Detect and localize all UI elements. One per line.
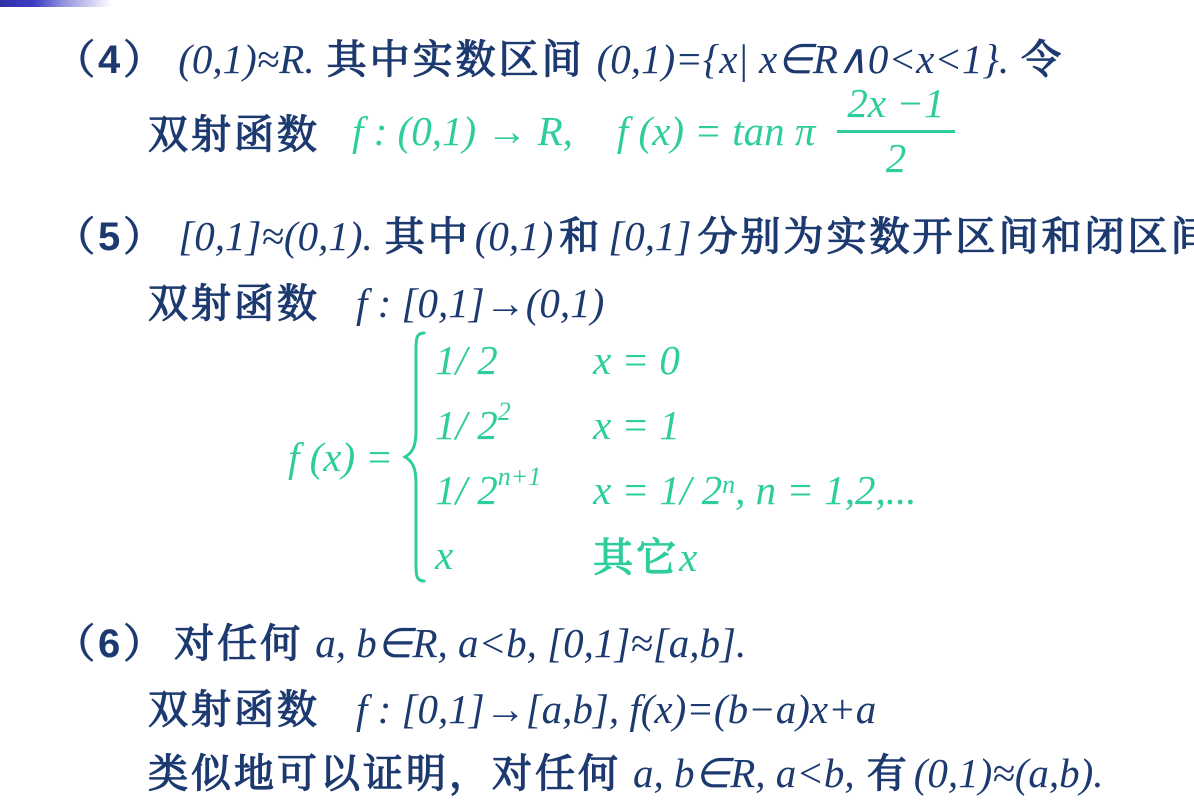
item-5-claim: [0,1]≈(0,1).: [178, 212, 372, 260]
item-6-map-formula: f : [0,1]→[a,b], f(x)=(b−a)x+a: [356, 685, 876, 733]
row-1-value: 1/ 2: [435, 336, 593, 384]
item-5-open-interval: (0,1): [475, 212, 554, 260]
item-5-map-formula: f : [0,1]→(0,1): [356, 279, 604, 327]
row-2-value: 1/ 22: [435, 401, 593, 449]
item-6-lead-text: 对任何: [174, 612, 303, 669]
item-4-claim: (0,1)≈R.: [178, 35, 314, 83]
item-5-statement-line: （5） [0,1]≈(0,1). 其中 (0,1) 和 [0,1] 分别为实数开…: [55, 205, 1194, 262]
piecewise-row-2: 1/ 22 x = 1: [435, 393, 916, 456]
item-4-label: （4）: [55, 28, 166, 85]
item-5-mid-text-1: 其中: [385, 205, 471, 262]
item-6-closing-math-1: a, b∈R, a<b,: [633, 749, 855, 797]
piecewise-rows: 1/ 2 x = 0 1/ 22 x = 1 1/ 2n+1 x = 1/ 2n…: [435, 326, 916, 588]
item-6-closing-math-2: (0,1)≈(a,b).: [914, 749, 1104, 797]
slide: （4） (0,1)≈R. 其中实数区间 (0,1)={x| x∈R∧0<x<1}…: [0, 0, 1194, 804]
item-5-bijection-line: 双射函数 f : [0,1]→(0,1): [148, 272, 604, 329]
left-brace-icon: [401, 329, 427, 585]
item-6-closing-text-2: 有: [867, 742, 910, 799]
row-3-condition: x = 1/ 2n, n = 1,2,...: [593, 466, 916, 514]
item-5-bijection-label: 双射函数: [148, 272, 320, 329]
item-5-label: （5）: [55, 205, 166, 262]
item-4-fraction: 2x −1 2: [837, 81, 954, 180]
accent-bar: [0, 0, 112, 7]
row-3-value: 1/ 2n+1: [435, 466, 593, 514]
item-4-mid-text: 其中实数区间: [327, 28, 585, 85]
item-6-bijection-line: 双射函数 f : [0,1]→[a,b], f(x)=(b−a)x+a: [148, 678, 876, 735]
item-6-closing-text-1: 类似地可以证明，对任何: [148, 742, 621, 799]
piecewise-row-3: 1/ 2n+1 x = 1/ 2n, n = 1,2,...: [435, 458, 916, 521]
piecewise-row-4: x 其它x: [435, 523, 916, 586]
item-6-label: （6）: [55, 612, 166, 669]
row-4-condition: 其它x: [593, 526, 697, 583]
item-6-bijection-label: 双射函数: [148, 678, 320, 735]
item-6-statement-line: （6） 对任何 a, b∈R, a<b, [0,1]≈[a,b].: [55, 612, 746, 669]
item-4-bijection-line: 双射函数 f : (0,1) → R, f (x) = tan π 2x −1 …: [148, 80, 955, 182]
item-6-claim: a, b∈R, a<b, [0,1]≈[a,b].: [315, 619, 746, 667]
fraction-numerator: 2x −1: [837, 81, 954, 132]
piecewise-row-1: 1/ 2 x = 0: [435, 328, 916, 391]
piecewise-function: f (x) = 1/ 2 x = 0 1/ 22 x = 1 1/ 2n+1 x…: [288, 328, 917, 586]
row-2-condition: x = 1: [593, 401, 680, 449]
item-4-function-formula: f (x) = tan π: [617, 107, 816, 155]
item-4-set-definition: (0,1)={x| x∈R∧0<x<1}.: [597, 35, 1009, 83]
row-1-condition: x = 0: [593, 336, 680, 384]
item-5-mid-text-3: 分别为实数开区间和闭区间.: [697, 205, 1194, 262]
item-4-tail-text: 令: [1021, 28, 1064, 85]
item-6-closing-line: 类似地可以证明，对任何 a, b∈R, a<b, 有 (0,1)≈(a,b).: [148, 742, 1104, 799]
piecewise-lhs: f (x) =: [288, 433, 393, 481]
fraction-denominator: 2: [886, 133, 907, 181]
item-4-map-formula: f : (0,1) → R,: [352, 107, 573, 155]
item-4-statement-line: （4） (0,1)≈R. 其中实数区间 (0,1)={x| x∈R∧0<x<1}…: [55, 28, 1064, 85]
item-4-bijection-label: 双射函数: [148, 103, 320, 160]
row-4-value: x: [435, 531, 593, 579]
item-5-closed-interval: [0,1]: [608, 212, 691, 260]
item-5-mid-text-2: 和: [559, 205, 602, 262]
